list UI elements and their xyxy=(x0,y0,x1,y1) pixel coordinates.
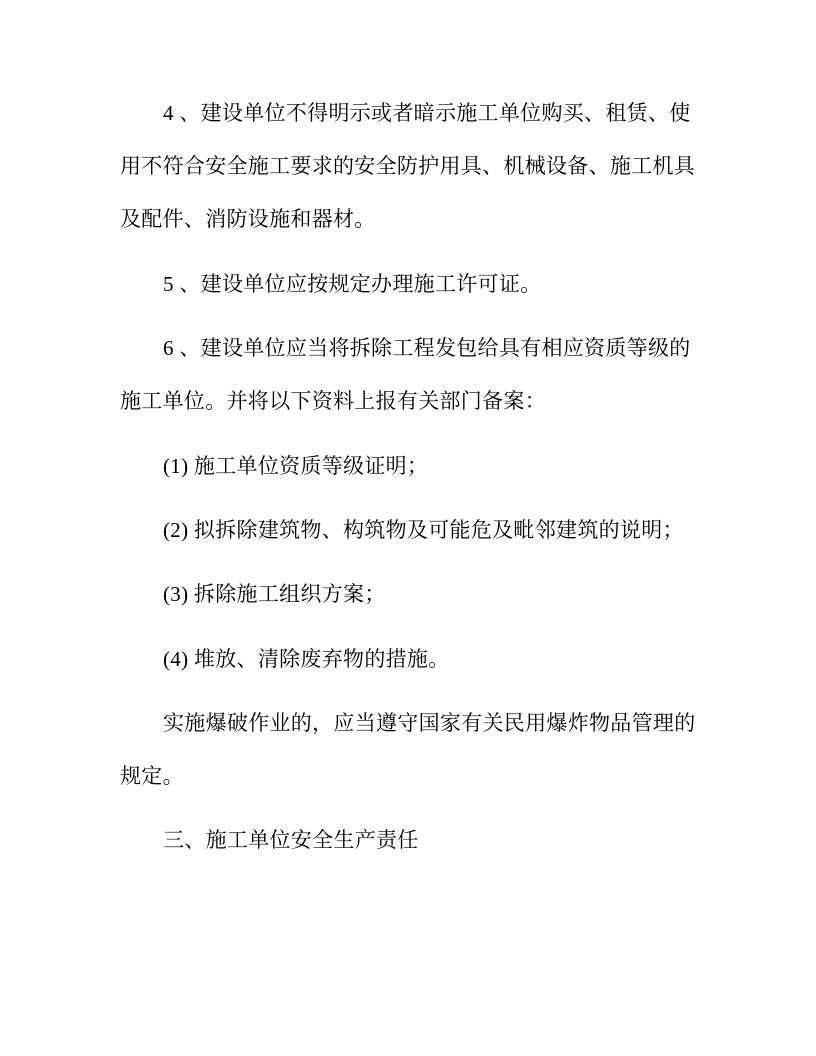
blasting-paragraph-line-2: 规定。 xyxy=(120,762,184,790)
list-item-2: (2) 拟拆除建筑物、构筑物及可能危及毗邻建筑的说明； xyxy=(163,516,684,544)
paragraph-6-line-1: 6 、建设单位应当将拆除工程发包给具有相应资质等级的 xyxy=(163,334,691,362)
paragraph-6-line-2: 施工单位。并将以下资料上报有关部门备案： xyxy=(120,387,546,415)
section-heading: 三、施工单位安全生产责任 xyxy=(163,826,419,854)
paragraph-4-line-1: 4 、建设单位不得明示或者暗示施工单位购买、租赁、使 xyxy=(163,99,691,127)
blasting-paragraph-line-1: 实施爆破作业的，应当遵守国家有关民用爆炸物品管理的 xyxy=(163,709,696,737)
paragraph-4-line-3: 及配件、消防设施和器材。 xyxy=(120,205,376,233)
list-item-3: (3) 拆除施工组织方案； xyxy=(163,580,386,608)
document-page: 4 、建设单位不得明示或者暗示施工单位购买、租赁、使 用不符合安全施工要求的安全… xyxy=(0,0,816,1056)
paragraph-4-line-2: 用不符合安全施工要求的安全防护用具、机械设备、施工机具 xyxy=(120,152,695,180)
list-item-4: (4) 堆放、清除废弃物的措施。 xyxy=(163,645,450,673)
list-item-1: (1) 施工单位资质等级证明； xyxy=(163,452,428,480)
paragraph-5: 5 、建设单位应按规定办理施工许可证。 xyxy=(163,270,541,298)
